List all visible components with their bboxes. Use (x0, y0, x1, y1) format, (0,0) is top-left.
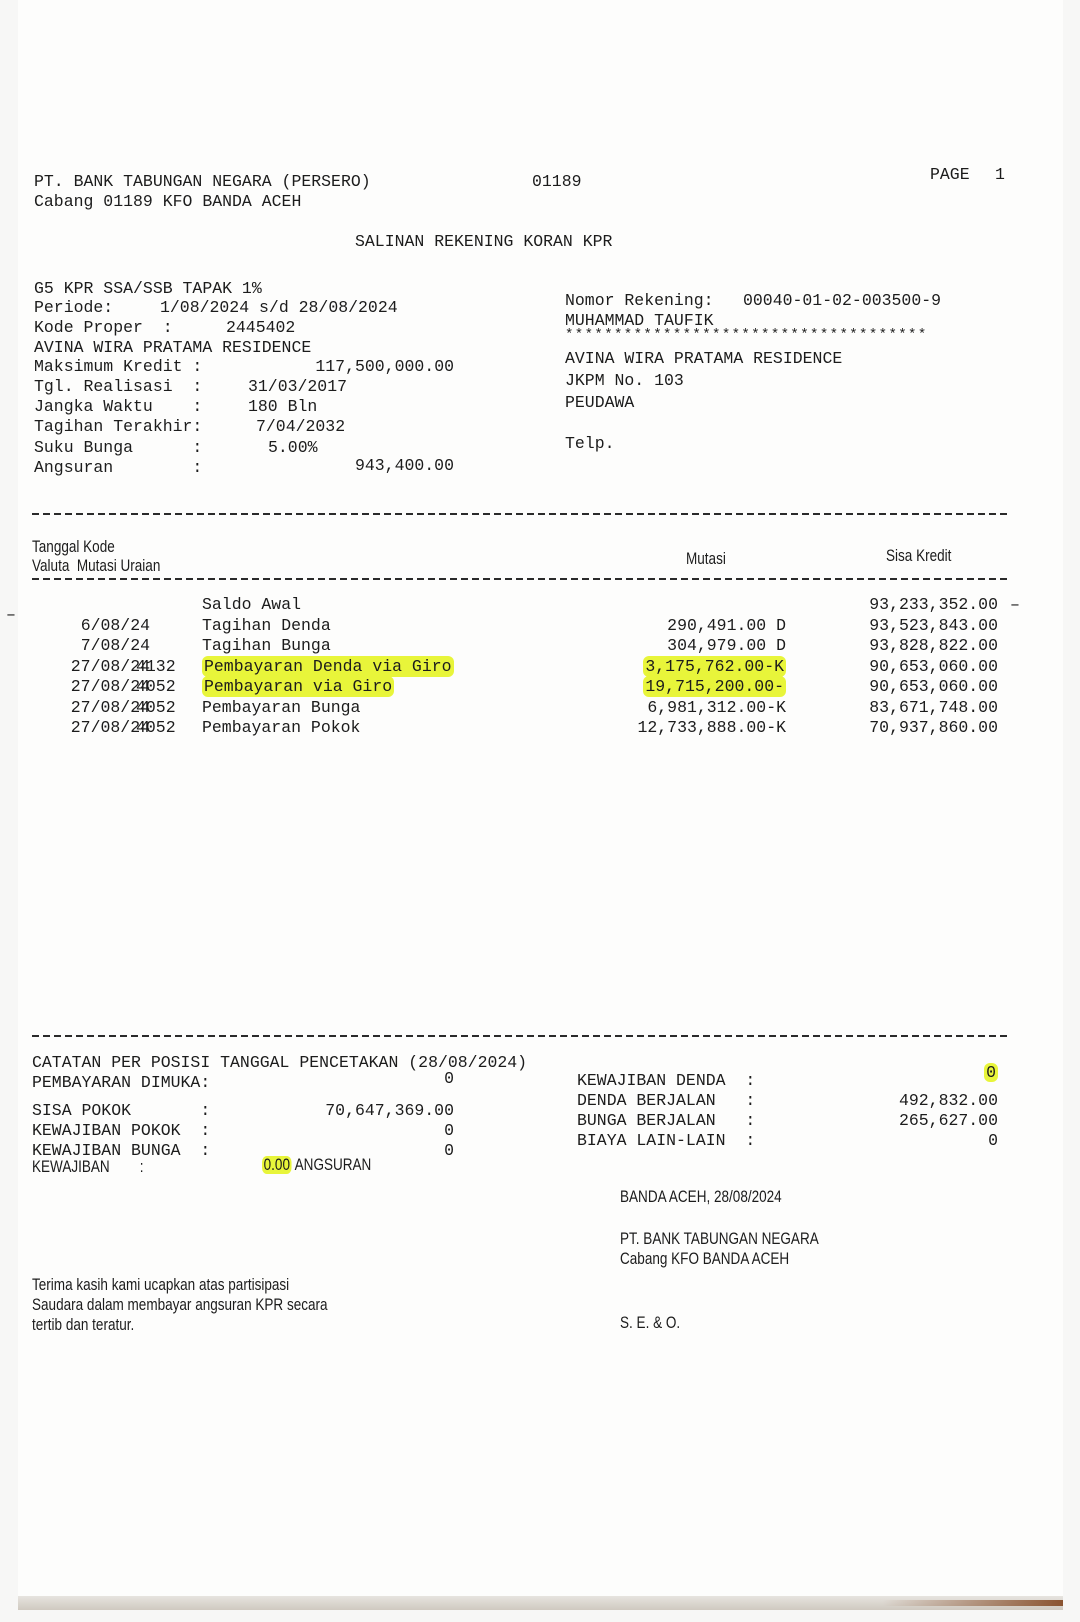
nomor-rekening-label: Nomor Rekening: (565, 290, 714, 311)
col-header-valuta-mutasi-uraian: Valuta Mutasi Uraian (32, 556, 160, 577)
address-line-2: JKPM No. 103 (565, 370, 684, 391)
cell-description: Pembayaran Denda via Giro (202, 656, 454, 677)
cell-mutasi: 12,733,888.00-K (637, 717, 786, 738)
cell-sisa-kredit: 93,523,843.00 (869, 615, 998, 636)
table-row: 7/08/24Tagihan Bunga304,979.00 D93,828,8… (18, 635, 1063, 656)
cell-description: Pembayaran via Giro (202, 676, 394, 697)
suku-bunga-label: Suku Bunga : (34, 437, 202, 458)
kode-proper-value: 2445402 (226, 317, 295, 338)
page-label: PAGE (930, 164, 970, 185)
summary-right-label: DENDA BERJALAN : (577, 1090, 755, 1111)
seo-disclaimer: S. E. & O. (620, 1313, 680, 1334)
cell-mutasi: 290,491.00 D (667, 615, 786, 636)
summary-right-label: BIAYA LAIN-LAIN : (577, 1130, 755, 1151)
cell-mutasi: 6,981,312.00-K (647, 697, 786, 718)
periode-label: Periode: (34, 297, 113, 318)
cell-mutasi: 3,175,762.00-K (643, 656, 786, 677)
summary-right-value-text: 0 (984, 1063, 998, 1082)
summary-right-value: 492,832.00 (798, 1090, 998, 1111)
signature-bank: PT. BANK TABUNGAN NEGARA (620, 1229, 819, 1250)
summary-right-value-text: 492,832.00 (899, 1091, 998, 1110)
summary-right-value: 0 (798, 1130, 998, 1151)
jangka-waktu-label: Jangka Waktu : (34, 396, 202, 417)
margin-mark: – (1010, 594, 1020, 615)
table-row: 27/08/244052Pembayaran Pokok12,733,888.0… (18, 717, 1063, 738)
cell-sisa-kredit: 93,233,352.00 (869, 594, 998, 615)
address-line-1: AVINA WIRA PRATAMA RESIDENCE (565, 348, 842, 369)
address-line-3: PEUDAWA (565, 392, 634, 413)
kewajiban-value-text: 0.00 (262, 1156, 292, 1174)
maksimum-kredit-label: Maksimum Kredit : (34, 356, 202, 377)
periode-value: 1/08/2024 s/d 28/08/2024 (160, 297, 398, 318)
tgl-realisasi-label: Tgl. Realisasi : (34, 376, 202, 397)
branch-name: Cabang 01189 KFO BANDA ACEH (34, 191, 301, 212)
angsuran-label: Angsuran : (34, 457, 202, 478)
statement-page: PT. BANK TABUNGAN NEGARA (PERSERO) Caban… (18, 0, 1063, 1610)
page-number: 1 (995, 164, 1005, 185)
place-date: BANDA ACEH, 28/08/2024 (620, 1187, 782, 1208)
cell-mutasi: 19,715,200.00- (643, 676, 786, 697)
tagihan-terakhir-label: Tagihan Terakhir: (34, 416, 202, 437)
branch-code: 01189 (532, 171, 582, 192)
col-header-tanggal-kode: Tanggal Kode (32, 537, 115, 558)
cell-date: 7/08/24 (81, 635, 150, 656)
summary-left-value: 0 (254, 1120, 454, 1141)
summary-right-value: 0 (798, 1062, 998, 1083)
cell-description: Tagihan Denda (202, 615, 331, 636)
table-row: 27/08/244132Pembayaran Denda via Giro3,1… (18, 656, 1063, 677)
project-name: AVINA WIRA PRATAMA RESIDENCE (34, 337, 311, 358)
signature-branch: Cabang KFO BANDA ACEH (620, 1249, 789, 1270)
margin-mark: – (6, 604, 16, 625)
cell-description: Pembayaran Pokok (202, 717, 360, 738)
cell-sisa-kredit: 90,653,060.00 (869, 676, 998, 697)
cell-code: 4132 (136, 656, 176, 677)
table-row: 6/08/24Tagihan Denda290,491.00 D93,523,8… (18, 615, 1063, 636)
jangka-waktu-value: 180 Bln (248, 396, 317, 417)
table-row: 27/08/244052Pembayaran via Giro19,715,20… (18, 676, 1063, 697)
summary-right-value-text: 0 (988, 1131, 998, 1150)
cell-mutasi: 304,979.00 D (667, 635, 786, 656)
summary-right-label: KEWAJIBAN DENDA : (577, 1070, 755, 1091)
kewajiban-value: 0.00 ANGSURAN (262, 1155, 371, 1176)
kewajiban-unit: ANGSURAN (295, 1156, 372, 1174)
kewajiban-label: KEWAJIBAN : (32, 1157, 144, 1178)
summary-left-value: 70,647,369.00 (254, 1100, 454, 1121)
cell-date: 6/08/24 (81, 615, 150, 636)
divider (32, 513, 1007, 515)
divider (32, 1035, 1007, 1037)
table-row: Saldo Awal93,233,352.00 (18, 594, 1063, 615)
document-title: SALINAN REKENING KORAN KPR (355, 231, 612, 252)
summary-left-label: PEMBAYARAN DIMUKA: (32, 1072, 210, 1093)
cell-description: Pembayaran Bunga (202, 697, 360, 718)
product-name: G5 KPR SSA/SSB TAPAK 1% (34, 278, 262, 299)
cell-code: 4052 (136, 697, 176, 718)
paper-edge (18, 1596, 1063, 1610)
summary-right-label: BUNGA BERJALAN : (577, 1110, 755, 1131)
tgl-realisasi-value: 31/03/2017 (248, 376, 347, 397)
table-row: 27/08/244052Pembayaran Bunga6,981,312.00… (18, 697, 1063, 718)
thanks-line-2: Saudara dalam membayar angsuran KPR seca… (32, 1295, 328, 1316)
kode-proper-label: Kode Proper : (34, 317, 173, 338)
divider (32, 578, 1007, 580)
maksimum-kredit-value: 117,500,000.00 (254, 356, 454, 377)
thanks-line-1: Terima kasih kami ucapkan atas partisipa… (32, 1275, 289, 1296)
cell-description: Tagihan Bunga (202, 635, 331, 656)
summary-right-value: 265,627.00 (798, 1110, 998, 1131)
cell-code: 4052 (136, 717, 176, 738)
telp-label: Telp. (565, 433, 615, 454)
thanks-line-3: tertib dan teratur. (32, 1315, 134, 1336)
angsuran-value: 943,400.00 (254, 455, 454, 476)
cell-sisa-kredit: 93,828,822.00 (869, 635, 998, 656)
summary-right-value-text: 265,627.00 (899, 1111, 998, 1130)
nomor-rekening-value: 00040-01-02-003500-9 (743, 290, 941, 311)
summary-left-label: SISA POKOK : (32, 1100, 210, 1121)
cell-code: 4052 (136, 676, 176, 697)
summary-left-label: KEWAJIBAN POKOK : (32, 1120, 210, 1141)
cell-sisa-kredit: 83,671,748.00 (869, 697, 998, 718)
cell-sisa-kredit: 70,937,860.00 (869, 717, 998, 738)
cell-sisa-kredit: 90,653,060.00 (869, 656, 998, 677)
col-header-mutasi: Mutasi (686, 549, 726, 570)
bank-name: PT. BANK TABUNGAN NEGARA (PERSERO) (34, 171, 371, 192)
summary-left-value: 0 (254, 1068, 454, 1089)
cell-description: Saldo Awal (202, 594, 301, 615)
tagihan-terakhir-value: 7/04/2032 (256, 416, 345, 437)
col-header-sisa-kredit: Sisa Kredit (886, 546, 951, 567)
masked-separator: ************************************* (565, 327, 928, 343)
